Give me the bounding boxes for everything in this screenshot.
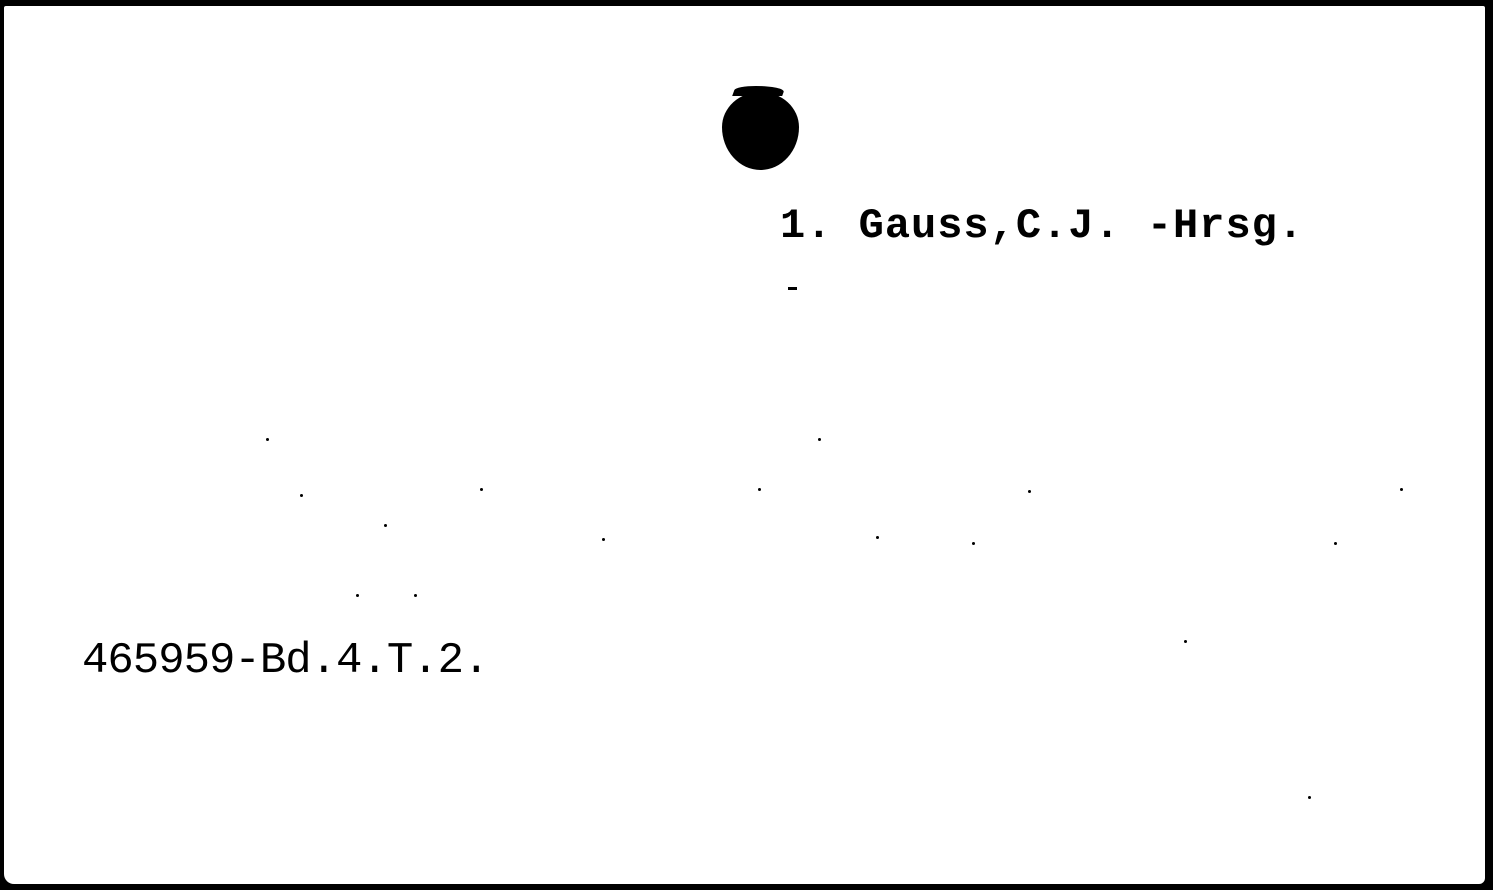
scan-speck xyxy=(876,536,879,539)
scan-speck xyxy=(414,594,417,597)
scan-speck xyxy=(300,494,303,497)
catalog-card: 1. Gauss,C.J. -Hrsg. 465959-Bd.4.T.2. xyxy=(4,6,1485,884)
scan-speck xyxy=(384,524,387,527)
scan-speck xyxy=(972,542,975,545)
scan-speck xyxy=(1308,796,1311,799)
scan-speck xyxy=(1028,490,1031,493)
scan-speck xyxy=(758,488,761,491)
scan-speck xyxy=(1400,488,1403,491)
card-heading: 1. Gauss,C.J. -Hrsg. xyxy=(780,202,1304,250)
scan-speck xyxy=(266,438,269,441)
scan-speck xyxy=(1334,542,1337,545)
scan-speck xyxy=(480,488,483,491)
call-number: 465959-Bd.4.T.2. xyxy=(82,636,488,686)
scan-speck xyxy=(1184,640,1187,643)
scan-speck xyxy=(818,438,821,441)
scan-speck xyxy=(602,538,605,541)
scan-speck xyxy=(356,594,359,597)
dash-mark xyxy=(788,287,797,290)
punch-hole xyxy=(722,92,799,170)
